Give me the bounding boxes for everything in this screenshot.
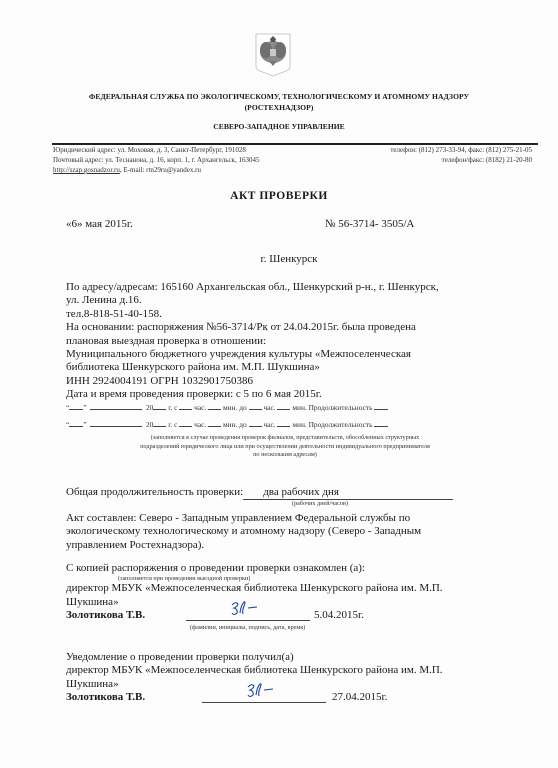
schedule-row: “” 20 г. с час. мин. до час. мин. Продол… [66, 417, 504, 431]
phone-arkhangelsk: телефон/факс: (8182) 21-20-80 [390, 155, 532, 165]
organization-line: Муниципального бюджетного учреждения кул… [66, 348, 504, 361]
signer-name: Золотикова Т.В. [66, 691, 145, 704]
copy-note: (заполняется при проведении выездной про… [66, 575, 504, 582]
address-line: По адресу/адресам: 165160 Архангельская … [66, 281, 504, 294]
document-title: АКТ ПРОВЕРКИ [0, 190, 558, 202]
agency-name: ФЕДЕРАЛЬНАЯ СЛУЖБА ПО ЭКОЛОГИЧЕСКОМУ, ТЕ… [0, 91, 558, 113]
duration-block: Общая продолжительность проверки:два раб… [66, 486, 504, 509]
copy-signature-row: Золотикова Т.В. 5.04.2015г. [66, 609, 504, 623]
notice-signature-row: Золотикова Т.В. 27.04.2015г. [66, 691, 504, 705]
schedule-note: (заполняется в случае проведения проверо… [66, 434, 504, 460]
composed-line: управлением Ростехнадзора). [66, 539, 504, 552]
copy-person: Шукшина» [66, 596, 504, 609]
legal-address: Юридический адрес: ул. Моховая, д. 3, Са… [53, 145, 259, 155]
notice-person: директор МБУК «Межпоселенческая библиоте… [66, 664, 504, 677]
duration-value: два рабочих дня [243, 486, 453, 500]
russian-coat-of-arms-icon [253, 32, 293, 78]
postal-address: Почтовый адрес: ул. Теснанова, д. 16, ко… [53, 155, 259, 165]
signature-line [202, 702, 326, 703]
act-city: г. Шенкурск [0, 253, 558, 265]
phone-line: тел.8-818-51-40-158. [66, 308, 504, 321]
notice-person: Шукшина» [66, 678, 504, 691]
website-link[interactable]: http://szap.gosnadzor.ru [53, 166, 120, 174]
agency-name-line: ФЕДЕРАЛЬНАЯ СЛУЖБА ПО ЭКОЛОГИЧЕСКОМУ, ТЕ… [0, 91, 558, 102]
agency-abbreviation: (РОСТЕХНАДЗОР) [0, 102, 558, 113]
act-number: № 56-3714- 3505/А [325, 218, 414, 230]
notice-received: Уведомление о проведении проверки получи… [66, 651, 504, 705]
organization-line: библиотека Шенкурского района им. М.П. Ш… [66, 361, 504, 374]
copy-acknowledgement: С копией распоряжения о проведении прове… [66, 562, 504, 633]
signature-line [186, 620, 310, 621]
contacts-line: http://szap.gosnadzor.ru, E-mail: rtn29r… [53, 165, 259, 175]
document-page: ФЕДЕРАЛЬНАЯ СЛУЖБА ПО ЭКОЛОГИЧЕСКОМУ, ТЕ… [0, 0, 558, 768]
composed-line: экологическому технологическому и атомно… [66, 525, 504, 538]
signer-name: Золотикова Т.В. [66, 609, 145, 622]
department-name: СЕВЕРО-ЗАПАДНОЕ УПРАВЛЕНИЕ [0, 122, 558, 131]
email: , E-mail: rtn29ru@yandex.ru [120, 166, 201, 174]
phones-block: телефон: (812) 273-33-94, факс: (812) 27… [390, 145, 532, 165]
phone-spb: телефон: (812) 273-33-94, факс: (812) 27… [390, 145, 532, 155]
handwritten-signature-icon [229, 599, 259, 617]
composed-line: Акт составлен: Северо - Западным управле… [66, 512, 504, 525]
handwritten-signature-icon [245, 681, 275, 699]
schedule-row: “” 20 г. с час. мин. до час. мин. Продол… [66, 400, 504, 414]
inn-ogrn: ИНН 2924004191 ОГРН 1032901750386 [66, 375, 504, 388]
schedule-table: “” 20 г. с час. мин. до час. мин. Продол… [66, 400, 504, 460]
composed-by-block: Акт составлен: Северо - Западным управле… [66, 512, 504, 552]
act-date: «6» мая 2015г. [66, 218, 133, 230]
signature-date: 27.04.2015г. [332, 691, 388, 704]
basis-line: На основании: распоряжения №56-3714/Рк о… [66, 321, 504, 334]
address-line: ул. Ленина д.16. [66, 294, 504, 307]
duration-label: Общая продолжительность проверки: [66, 486, 243, 498]
signature-date: 5.04.2015г. [314, 609, 364, 622]
duration-note: (рабочих дней/часов) [66, 500, 504, 509]
addresses-block: Юридический адрес: ул. Моховая, д. 3, Са… [53, 145, 259, 175]
basis-line: плановая выездная проверка в отношении: [66, 335, 504, 348]
duration-row: Общая продолжительность проверки:два раб… [66, 486, 504, 500]
copy-label: С копией распоряжения о проведении прове… [66, 562, 504, 575]
signature-note: (фамилии, инициалы, подпись, дата, время… [66, 624, 504, 633]
copy-person: директор МБУК «Межпоселенческая библиоте… [66, 582, 504, 595]
inspection-details: По адресу/адресам: 165160 Архангельская … [66, 281, 504, 402]
notice-label: Уведомление о проведении проверки получи… [66, 651, 504, 664]
